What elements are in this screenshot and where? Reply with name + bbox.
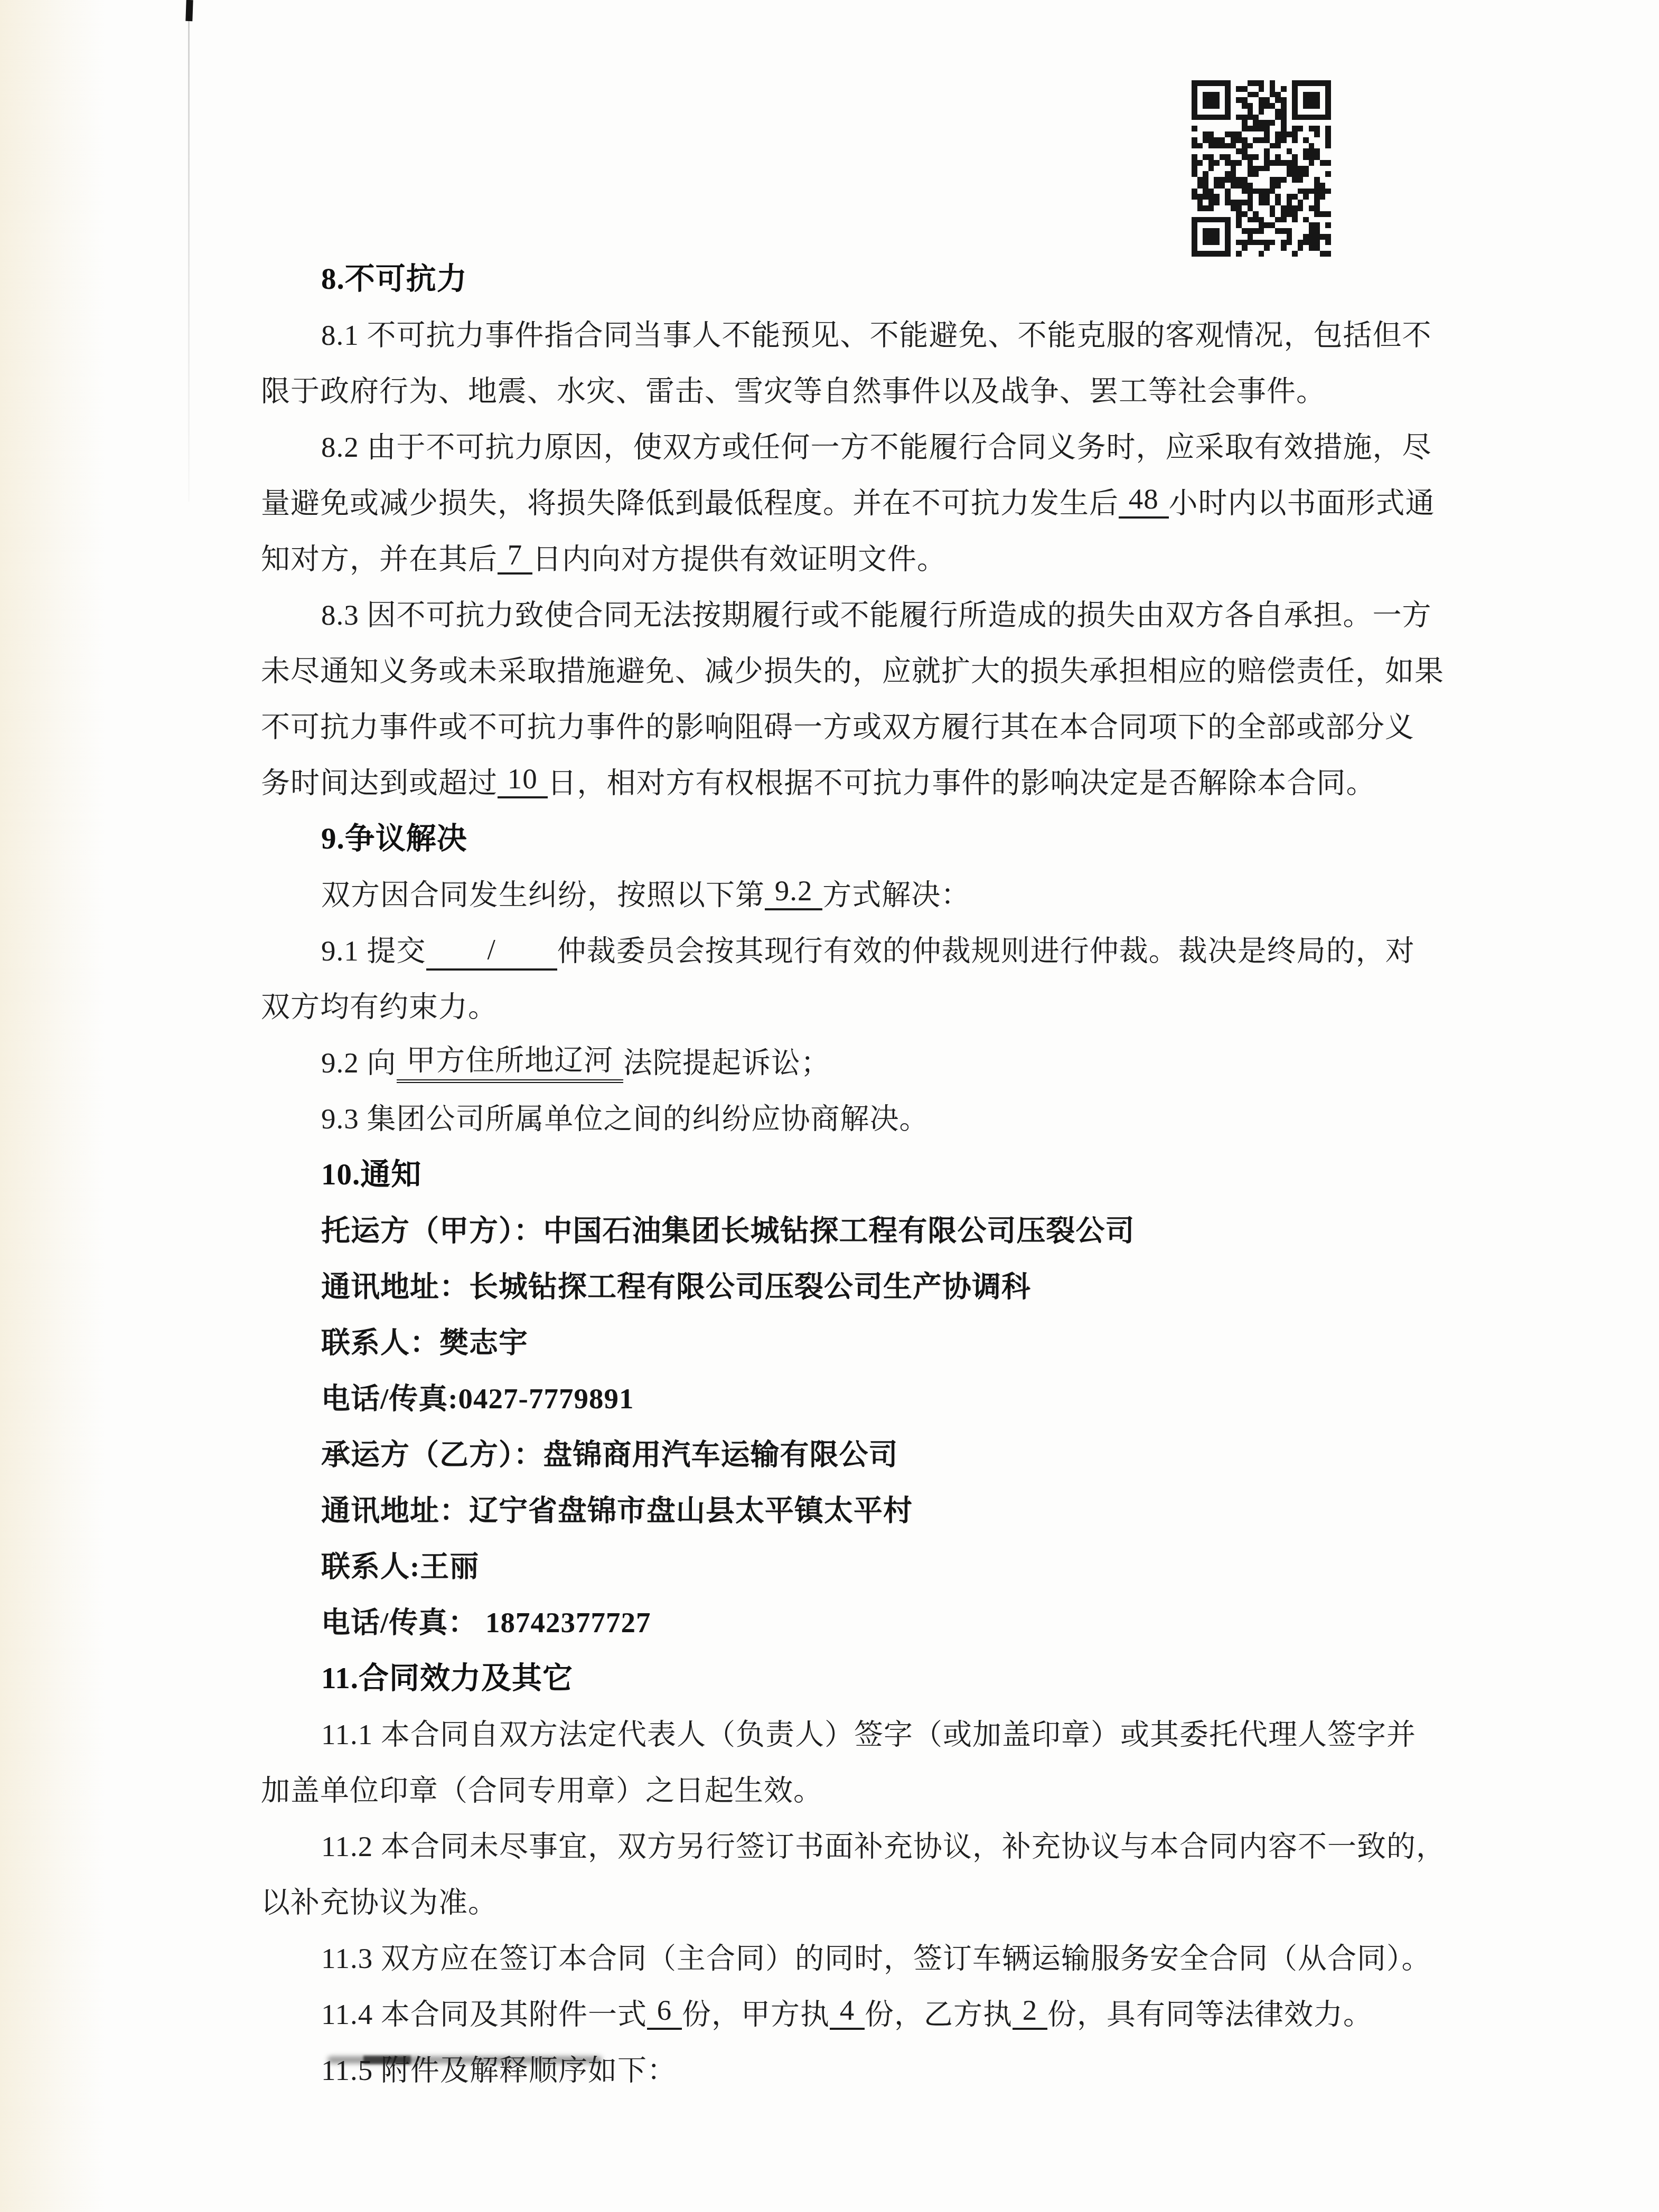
text-line: 联系人：樊志宇	[0, 1312, 1659, 1368]
text-line: 通讯地址：辽宁省盘锦市盘山县太平镇太平村	[0, 1480, 1659, 1536]
text-segment: 11.3 双方应在签订本合同（主合同）的同时，签订车辆运输服务安全合同（从合同）…	[321, 1935, 1431, 1976]
document-page: 8.不可抗力8.1 不可抗力事件指合同当事人不能预见、不能避免、不能克服的客观情…	[0, 0, 1659, 2212]
document-body: 8.不可抗力8.1 不可抗力事件指合同当事人不能预见、不能避免、不能克服的客观情…	[0, 248, 1659, 2095]
text-line: 电话/传真:0427-7779891	[0, 1368, 1659, 1424]
text-segment: 日内向对方提供有效证明文件。	[532, 535, 946, 577]
text-line: 电话/传真： 18742377727	[0, 1592, 1659, 1648]
text-segment: 11.2 本合同未尽事宜，双方另行签订书面补充协议，补充协议与本合同内容不一致的…	[321, 1823, 1446, 1865]
text-segment: 仲裁委员会按其现行有效的仲裁规则进行仲裁。裁决是终局的，对	[557, 927, 1415, 969]
text-line: 以补充协议为准。	[0, 1871, 1659, 1927]
text-segment: 9.2 向	[321, 1039, 397, 1081]
text-line: 不可抗力事件或不可抗力事件的影响阻碍一方或双方履行其在本合同项下的全部或部分义	[0, 696, 1659, 752]
text-segment: 限于政府行为、地震、水灾、雷击、雪灾等自然事件以及战争、罢工等社会事件。	[261, 368, 1326, 409]
section-heading: 10.通知	[0, 1144, 1659, 1200]
filled-blank-underline: 7	[498, 538, 532, 575]
text-segment: 11.5 附件及解释顺序如下：	[321, 2047, 677, 2088]
text-segment: 日，相对方有权根据不可抗力事件的影响决定是否解除本合同。	[548, 759, 1376, 801]
text-segment: 电话/传真:0427-7779891	[321, 1375, 634, 1417]
text-segment: 11.合同效力及其它	[321, 1654, 573, 1697]
filled-blank-underline: 48	[1119, 482, 1169, 519]
text-segment: 份，甲方执	[682, 1991, 830, 2032]
text-segment: 9.争议解决	[321, 814, 467, 858]
filled-blank-underline: 2	[1013, 1993, 1047, 2030]
text-segment: 务时间达到或超过	[261, 759, 498, 801]
text-segment: 8.1 不可抗力事件指合同当事人不能预见、不能避免、不能克服的客观情况，包括但不	[321, 312, 1432, 353]
text-segment: 9.3 集团公司所属单位之间的纠纷应协商解决。	[321, 1095, 929, 1137]
text-segment: 联系人：樊志宇	[321, 1319, 528, 1361]
text-line: 承运方（乙方）：盘锦商用汽车运输有限公司	[0, 1424, 1659, 1480]
text-line: 11.3 双方应在签订本合同（主合同）的同时，签订车辆运输服务安全合同（从合同）…	[0, 1927, 1659, 1983]
text-segment: 托运方（甲方）：中国石油集团长城钻探工程有限公司压裂公司	[321, 1207, 1135, 1249]
filled-blank-underline: 10	[498, 762, 548, 798]
text-segment: 通讯地址：辽宁省盘锦市盘山县太平镇太平村	[321, 1487, 913, 1529]
text-segment: 份，乙方执	[865, 1991, 1013, 2032]
text-line: 11.2 本合同未尽事宜，双方另行签订书面补充协议，补充协议与本合同内容不一致的…	[0, 1815, 1659, 1871]
filled-blank-underline: 6	[647, 1993, 682, 2030]
text-line: 未尽通知义务或未采取措施避免、减少损失的，应就扩大的损失承担相应的赔偿责任，如果	[0, 640, 1659, 696]
text-segment: 11.1 本合同自双方法定代表人（负责人）签字（或加盖印章）或其委托代理人签字并	[321, 1711, 1416, 1753]
text-segment: 份，具有同等法律效力。	[1047, 1991, 1373, 2032]
filled-blank-underline: 4	[830, 1993, 865, 2030]
text-line: 通讯地址：长城钻探工程有限公司压裂公司生产协调科	[0, 1256, 1659, 1312]
text-segment: 法院提起诉讼；	[623, 1039, 830, 1081]
text-line: 9.3 集团公司所属单位之间的纠纷应协商解决。	[0, 1088, 1659, 1144]
section-heading: 8.不可抗力	[0, 248, 1659, 304]
text-segment: 知对方，并在其后	[261, 535, 498, 577]
text-line: 双方均有约束力。	[0, 976, 1659, 1032]
text-line: 8.3 因不可抗力致使合同无法按期履行或不能履行所造成的损失由双方各自承担。一方	[0, 584, 1659, 640]
text-segment: 8.不可抗力	[321, 255, 467, 298]
text-line: 联系人:王丽	[0, 1536, 1659, 1592]
text-segment: 联系人:王丽	[321, 1543, 479, 1585]
text-segment: 双方因合同发生纠纷，按照以下第	[321, 871, 765, 913]
qr-code-icon	[1192, 80, 1331, 257]
filled-blank-underline: 甲方住所地辽河	[397, 1037, 624, 1083]
text-segment: 未尽通知义务或未采取措施避免、减少损失的，应就扩大的损失承担相应的赔偿责任，如果	[261, 647, 1444, 689]
filled-blank-underline: /	[426, 926, 557, 971]
filled-blank-underline: 9.2	[765, 874, 822, 910]
text-segment: 小时内以书面形式通	[1169, 479, 1435, 521]
text-line: 量避免或减少损失，将损失降低到最低程度。并在不可抗力发生后 48 小时内以书面形…	[0, 472, 1659, 528]
text-line: 11.5 附件及解释顺序如下：	[0, 2039, 1659, 2095]
text-segment: 承运方（乙方）：盘锦商用汽车运输有限公司	[321, 1431, 898, 1473]
section-heading: 9.争议解决	[0, 808, 1659, 864]
text-segment: 双方均有约束力。	[261, 983, 498, 1025]
text-segment: 加盖单位印章（合同专用章）之日起生效。	[261, 1767, 823, 1809]
text-segment: 9.1 提交	[321, 927, 426, 969]
text-segment: 方式解决：	[822, 871, 970, 913]
text-line: 8.1 不可抗力事件指合同当事人不能预见、不能避免、不能克服的客观情况，包括但不	[0, 304, 1659, 360]
text-line: 知对方，并在其后 7 日内向对方提供有效证明文件。	[0, 528, 1659, 584]
text-segment: 不可抗力事件或不可抗力事件的影响阻碍一方或双方履行其在本合同项下的全部或部分义	[261, 703, 1414, 745]
text-segment: 量避免或减少损失，将损失降低到最低程度。并在不可抗力发生后	[261, 479, 1119, 521]
text-line: 11.4 本合同及其附件一式 6 份，甲方执 4 份，乙方执 2 份，具有同等法…	[0, 1983, 1659, 2039]
text-line: 11.1 本合同自双方法定代表人（负责人）签字（或加盖印章）或其委托代理人签字并	[0, 1703, 1659, 1759]
section-heading: 11.合同效力及其它	[0, 1648, 1659, 1703]
text-segment: 8.2 由于不可抗力原因，使双方或任何一方不能履行合同义务时，应采取有效措施，尽	[321, 423, 1432, 465]
text-line: 双方因合同发生纠纷，按照以下第 9.2 方式解决：	[0, 864, 1659, 920]
text-segment: 8.3 因不可抗力致使合同无法按期履行或不能履行所造成的损失由双方各自承担。一方	[321, 591, 1432, 633]
text-segment: 电话/传真： 18742377727	[321, 1599, 651, 1641]
text-line: 8.2 由于不可抗力原因，使双方或任何一方不能履行合同义务时，应采取有效措施，尽	[0, 416, 1659, 472]
text-segment: 以补充协议为准。	[261, 1879, 498, 1921]
text-line: 托运方（甲方）：中国石油集团长城钻探工程有限公司压裂公司	[0, 1200, 1659, 1256]
text-line: 9.2 向 甲方住所地辽河 法院提起诉讼；	[0, 1032, 1659, 1088]
text-line: 加盖单位印章（合同专用章）之日起生效。	[0, 1759, 1659, 1815]
text-line: 9.1 提交 / 仲裁委员会按其现行有效的仲裁规则进行仲裁。裁决是终局的，对	[0, 920, 1659, 976]
text-line: 限于政府行为、地震、水灾、雷击、雪灾等自然事件以及战争、罢工等社会事件。	[0, 360, 1659, 416]
text-segment: 11.4 本合同及其附件一式	[321, 1991, 647, 2032]
text-segment: 通讯地址：长城钻探工程有限公司压裂公司生产协调科	[321, 1263, 1031, 1305]
text-line: 务时间达到或超过 10 日，相对方有权根据不可抗力事件的影响决定是否解除本合同。	[0, 752, 1659, 808]
text-segment: 10.通知	[321, 1150, 421, 1193]
